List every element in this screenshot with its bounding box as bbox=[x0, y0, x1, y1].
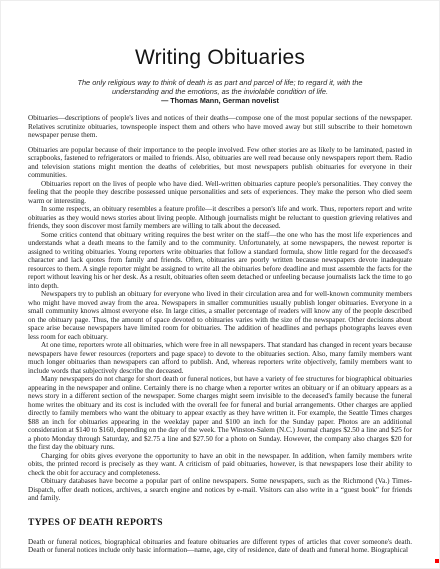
body-paragraph: Obituary databases have become a popular… bbox=[28, 477, 412, 503]
document-page: Writing Obituaries The only religious wa… bbox=[0, 0, 440, 569]
body-paragraph: Obituaries—descriptions of people's live… bbox=[28, 114, 412, 140]
body-paragraph: Newspapers try to publish an obituary fo… bbox=[28, 290, 412, 341]
epigraph-quote: The only religious way to think of death… bbox=[28, 78, 412, 96]
epigraph-attribution: — Thomas Mann, German novelist bbox=[28, 96, 412, 105]
body-paragraph: Obituaries report on the lives of people… bbox=[28, 180, 412, 206]
body-paragraph: Charging for obits gives everyone the op… bbox=[28, 452, 412, 478]
body-paragraph: Some critics contend that obituary writi… bbox=[28, 231, 412, 291]
epigraph-line-2: understanding and the emotions, as the i… bbox=[28, 87, 412, 96]
red-marker-dot bbox=[435, 559, 439, 563]
body-paragraph: Many newspapers do not charge for short … bbox=[28, 375, 412, 452]
body-paragraph: In some respects, an obituary resembles … bbox=[28, 205, 412, 231]
body-paragraph: Obituaries are popular because of their … bbox=[28, 146, 412, 180]
body-paragraph: At one time, reporters wrote all obituar… bbox=[28, 341, 412, 375]
page-content: Writing Obituaries The only religious wa… bbox=[1, 46, 439, 555]
page-title: Writing Obituaries bbox=[28, 46, 412, 69]
section-heading-types-of-death-reports: TYPES OF DEATH REPORTS bbox=[28, 518, 412, 529]
section-paragraph: Death or funeral notices, biographical o… bbox=[28, 538, 412, 555]
epigraph-line-1: The only religious way to think of death… bbox=[28, 78, 412, 87]
